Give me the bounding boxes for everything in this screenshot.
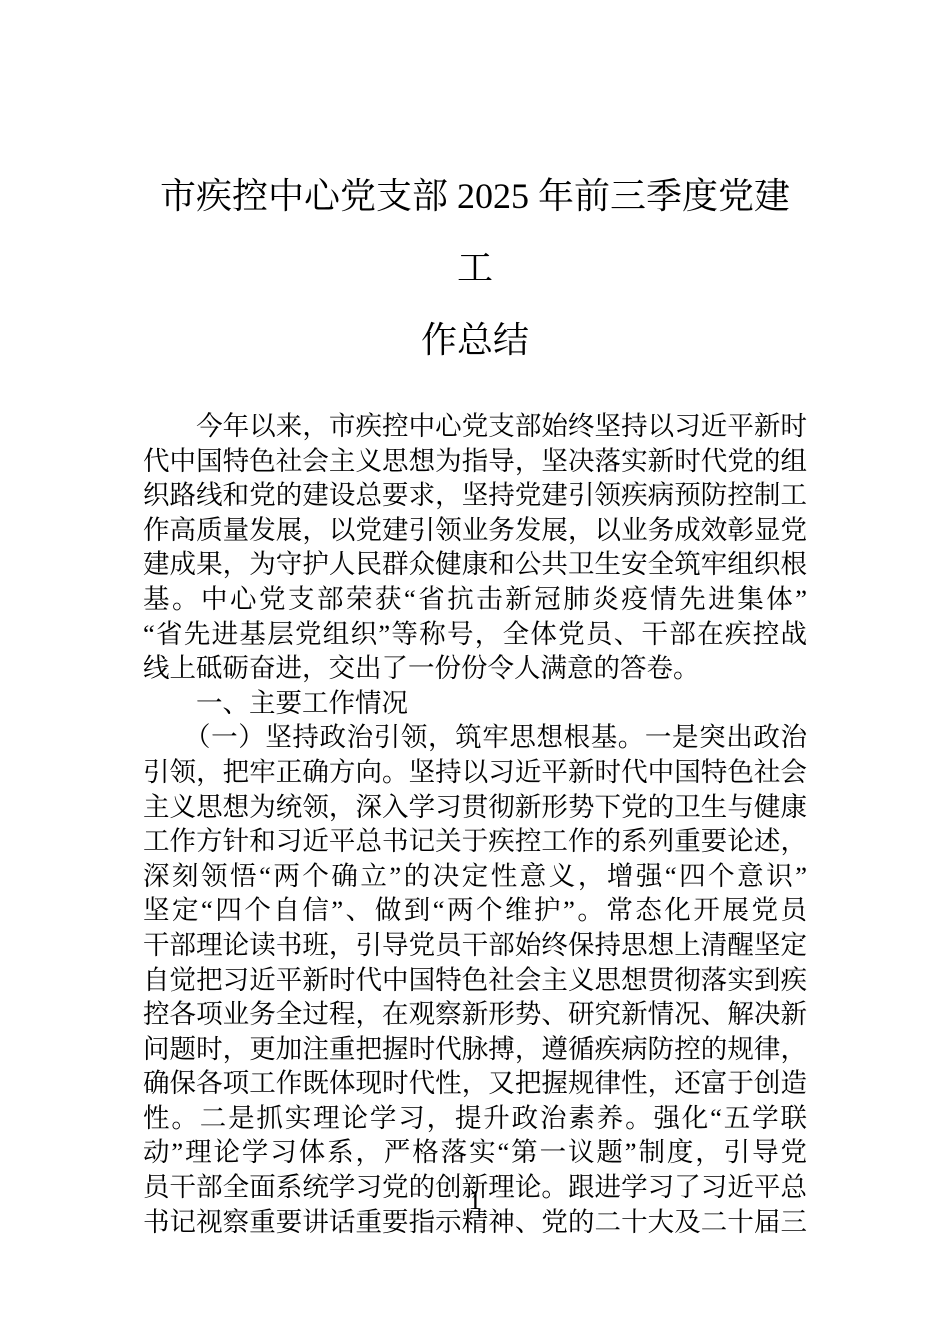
text-line: 工作方针和习近平总书记关于疾控工作的系列重要论述， bbox=[143, 824, 807, 859]
text-line: 性。二是抓实理论学习，提升政治素养。强化“五学联 bbox=[143, 1101, 807, 1136]
text-line: 今年以来，市疾控中心党支部始终坚持以习近平新时 bbox=[143, 409, 807, 444]
text-line: 代中国特色社会主义思想为指导，坚决落实新时代党的组 bbox=[143, 444, 807, 479]
text-line: （一）坚持政治引领，筑牢思想根基。一是突出政治 bbox=[143, 720, 807, 755]
text-line: 作高质量发展，以党建引领业务发展，以业务成效彰显党 bbox=[143, 513, 807, 548]
text-line: 主义思想为统领，深入学习贯彻新形势下党的卫生与健康 bbox=[143, 790, 807, 825]
text-line: 自觉把习近平新时代中国特色社会主义思想贯彻落实到疾 bbox=[143, 963, 807, 998]
paragraph: （一）坚持政治引领，筑牢思想根基。一是突出政治引领，把牢正确方向。坚持以习近平新… bbox=[143, 720, 807, 1239]
paragraph: 今年以来，市疾控中心党支部始终坚持以习近平新时代中国特色社会主义思想为指导，坚决… bbox=[143, 409, 807, 686]
text-line: 干部理论读书班，引导党员干部始终保持思想上清醒坚定 bbox=[143, 928, 807, 963]
title-line-2: 作总结 bbox=[143, 304, 807, 376]
page-number: 1 bbox=[0, 1185, 950, 1216]
text-line: 坚定“四个自信”、做到“两个维护”。常态化开展党员 bbox=[143, 893, 807, 928]
text-line: 引领，把牢正确方向。坚持以习近平新时代中国特色社会 bbox=[143, 755, 807, 790]
doc-title: 市疾控中心党支部 2025 年前三季度党建工 作总结 bbox=[143, 160, 807, 376]
document-page: 市疾控中心党支部 2025 年前三季度党建工 作总结 今年以来，市疾控中心党支部… bbox=[0, 0, 950, 1344]
text-line: 建成果，为守护人民群众健康和公共卫生安全筑牢组织根 bbox=[143, 547, 807, 582]
text-line: 深刻领悟“两个确立”的决定性意义，增强“四个意识” bbox=[143, 859, 807, 894]
title-line-1: 市疾控中心党支部 2025 年前三季度党建工 bbox=[143, 160, 807, 304]
text-line: “省先进基层党组织”等称号，全体党员、干部在疾控战 bbox=[143, 617, 807, 652]
text-line: 一、主要工作情况 bbox=[143, 686, 807, 721]
text-line: 控各项业务全过程，在观察新形势、研究新情况、解决新 bbox=[143, 997, 807, 1032]
text-line: 基。中心党支部荣获“省抗击新冠肺炎疫情先进集体” bbox=[143, 582, 807, 617]
text-line: 确保各项工作既体现时代性，又把握规律性，还富于创造 bbox=[143, 1066, 807, 1101]
document-content: 市疾控中心党支部 2025 年前三季度党建工 作总结 今年以来，市疾控中心党支部… bbox=[143, 160, 807, 1239]
section-heading: 一、主要工作情况 bbox=[143, 686, 807, 721]
text-line: 动”理论学习体系，严格落实“第一议题”制度，引导党 bbox=[143, 1135, 807, 1170]
document-body: 今年以来，市疾控中心党支部始终坚持以习近平新时代中国特色社会主义思想为指导，坚决… bbox=[143, 409, 807, 1239]
text-line: 织路线和党的建设总要求，坚持党建引领疾病预防控制工 bbox=[143, 478, 807, 513]
text-line: 问题时，更加注重把握时代脉搏，遵循疾病防控的规律， bbox=[143, 1032, 807, 1067]
text-line: 线上砥砺奋进，交出了一份份令人满意的答卷。 bbox=[143, 651, 807, 686]
